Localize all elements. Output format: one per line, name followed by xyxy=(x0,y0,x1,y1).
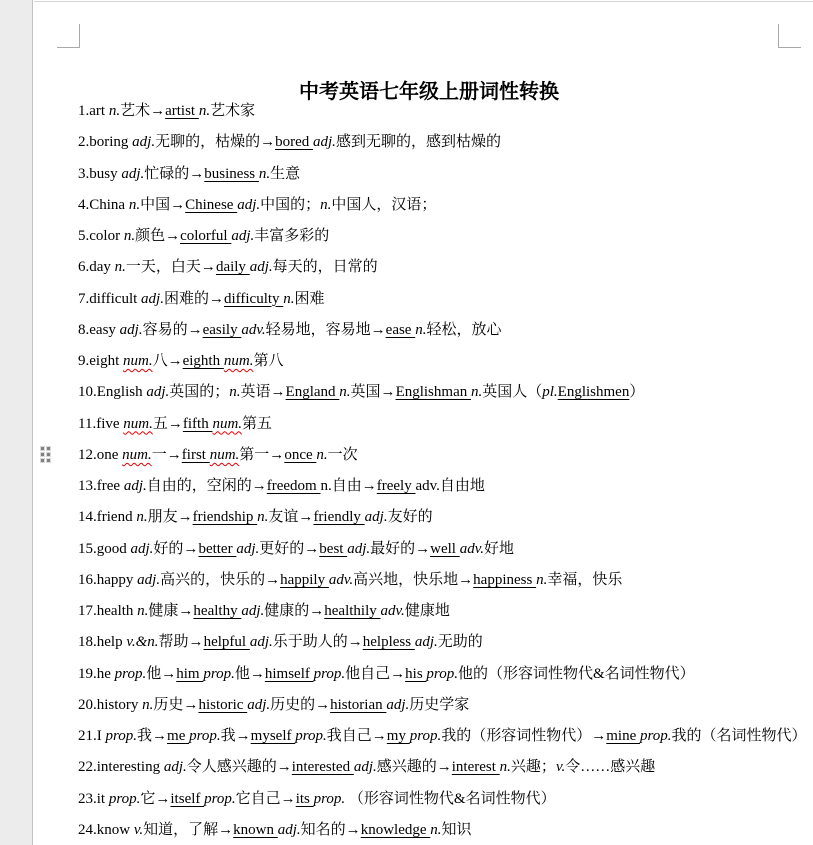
list-item[interactable]: 3.busy adj.忙碌的→business n.生意 xyxy=(78,159,808,190)
text-segment: friendship xyxy=(193,509,258,525)
text-segment: n. xyxy=(415,322,426,338)
list-item[interactable]: 18.help v.&n.帮助→helpful adj.乐于助人的→helple… xyxy=(78,627,808,658)
text-segment: 第一→ xyxy=(239,447,284,463)
text-segment: 困难的→ xyxy=(164,291,224,307)
list-item[interactable]: 16.happy adj.高兴的，快乐的→happily adv.高兴地，快乐地… xyxy=(78,565,808,596)
text-segment: prop. xyxy=(115,666,147,682)
text-segment: n. xyxy=(129,197,140,213)
text-segment: num. xyxy=(224,353,254,369)
text-segment: 4.China xyxy=(78,197,129,213)
text-segment: prop. xyxy=(410,728,442,744)
text-segment: prop. xyxy=(314,791,349,807)
text-segment: n. xyxy=(536,572,547,588)
list-item[interactable]: 11.five num.五→fifth num.第五 xyxy=(78,409,808,440)
text-segment: happily xyxy=(280,572,329,588)
text-segment: helpful xyxy=(204,634,250,650)
text-segment: 知识 xyxy=(442,822,472,838)
text-segment: 无聊的，枯燥的→ xyxy=(155,134,275,150)
list-item[interactable]: 12.one num.一→first num.第一→once n.一次 xyxy=(78,440,808,471)
text-segment: 我→ xyxy=(221,728,251,744)
text-segment: adj. xyxy=(415,634,438,650)
text-segment: 中国→ xyxy=(140,197,185,213)
list-item[interactable]: 5.color n.颜色→colorful adj.丰富多彩的 xyxy=(78,221,808,252)
text-segment: n. xyxy=(137,603,148,619)
text-segment: 好的→ xyxy=(153,541,198,557)
text-segment: 高兴地，快乐地→ xyxy=(353,572,473,588)
text-segment: adj. xyxy=(146,384,169,400)
text-segment: prop. xyxy=(189,728,221,744)
text-segment: 20.history xyxy=(78,697,142,713)
text-segment: happiness xyxy=(473,572,536,588)
text-segment: business xyxy=(204,166,259,182)
text-segment: num. xyxy=(210,447,240,463)
text-segment: 19.he xyxy=(78,666,115,682)
text-segment: 友谊→ xyxy=(268,509,313,525)
grip-dot xyxy=(41,459,44,462)
text-segment: 幸福，快乐 xyxy=(547,572,622,588)
word-list: 1.art n.艺术→artist n.艺术家2.boring adj.无聊的，… xyxy=(78,96,808,845)
text-segment: 23.it xyxy=(78,791,109,807)
text-segment: adj. xyxy=(120,322,143,338)
text-segment: 生意 xyxy=(270,166,300,182)
text-segment: 自由→ xyxy=(332,478,377,494)
text-segment: eighth xyxy=(183,353,224,369)
text-segment: adj. xyxy=(250,259,273,275)
text-segment: historic xyxy=(198,697,247,713)
text-segment: 2.boring xyxy=(78,134,132,150)
text-segment: interested xyxy=(292,759,354,775)
text-segment: 最好的→ xyxy=(370,541,430,557)
text-segment: 感兴趣的→ xyxy=(377,759,452,775)
list-item[interactable]: 10.English adj.英国的；n.英语→England n.英国→Eng… xyxy=(78,377,808,408)
text-segment: num. xyxy=(123,353,153,369)
text-segment: bored xyxy=(275,134,313,150)
text-segment: prop. xyxy=(426,666,458,682)
list-item[interactable]: 4.China n.中国→Chinese adj.中国的；n.中国人，汉语； xyxy=(78,190,808,221)
list-item[interactable]: 7.difficult adj.困难的→difficulty n.困难 xyxy=(78,284,808,315)
text-segment: well xyxy=(430,541,460,557)
text-segment: 我自己→ xyxy=(327,728,387,744)
text-segment: 英语→ xyxy=(241,384,286,400)
text-segment: 第五 xyxy=(242,416,272,432)
list-item[interactable]: 15.good adj.好的→better adj.更好的→best adj.最… xyxy=(78,534,808,565)
text-segment: historian xyxy=(330,697,386,713)
text-segment: interest xyxy=(452,759,500,775)
text-segment: mine xyxy=(606,728,640,744)
text-segment: adj. xyxy=(132,134,155,150)
text-segment: 自由的，空闲的→ xyxy=(147,478,267,494)
paragraph-drag-handle-icon[interactable] xyxy=(41,447,50,462)
text-segment: n. xyxy=(142,697,153,713)
text-segment: 21.I xyxy=(78,728,106,744)
text-segment: best xyxy=(319,541,347,557)
text-segment: n. xyxy=(136,509,147,525)
text-segment: 感到无聊的，感到枯燥的 xyxy=(336,134,501,150)
text-segment: Chinese xyxy=(185,197,237,213)
text-segment: difficulty xyxy=(224,291,283,307)
text-segment: 每天的，日常的 xyxy=(273,259,378,275)
text-segment: 第八 xyxy=(253,353,283,369)
text-segment: adj. xyxy=(354,759,377,775)
text-segment: 英国人（ xyxy=(482,384,542,400)
text-segment: 知道，了解→ xyxy=(143,822,233,838)
text-segment: adv. xyxy=(415,478,439,494)
list-item[interactable]: 24.know v.知道，了解→known adj.知名的→knowledge … xyxy=(78,815,808,845)
text-segment: 我的（名词性物代） xyxy=(672,728,807,744)
text-segment: 12.one xyxy=(78,447,122,463)
text-segment: adj. xyxy=(278,822,301,838)
text-segment: v. xyxy=(134,822,143,838)
text-segment: adj. xyxy=(237,197,260,213)
text-segment: adj. xyxy=(313,134,336,150)
margin-crop-mark-top-right xyxy=(778,24,801,48)
list-item[interactable]: 20.history n.历史→historic adj.历史的→histori… xyxy=(78,690,808,721)
text-segment: himself xyxy=(265,666,314,682)
text-segment: itself xyxy=(170,791,204,807)
text-segment: v.&n. xyxy=(126,634,158,650)
text-segment: n. xyxy=(320,478,331,494)
grip-dot xyxy=(47,447,50,450)
text-segment: 容易的→ xyxy=(143,322,203,338)
text-segment: adj. xyxy=(131,541,154,557)
list-item[interactable]: 8.easy adj.容易的→easily adv.轻易地，容易地→ease n… xyxy=(78,315,808,346)
text-segment: n. xyxy=(199,103,210,119)
text-segment: n. xyxy=(257,509,268,525)
text-segment: England xyxy=(286,384,340,400)
text-segment: 令……感兴趣 xyxy=(565,759,655,775)
text-segment: 中国的； xyxy=(260,197,320,213)
text-segment: num. xyxy=(212,416,242,432)
text-segment: n. xyxy=(471,384,482,400)
text-segment: adv. xyxy=(329,572,353,588)
text-segment: 帮助→ xyxy=(159,634,204,650)
list-item[interactable]: 14.friend n.朋友→friendship n.友谊→friendly … xyxy=(78,502,808,533)
text-segment: pl. xyxy=(542,384,557,400)
text-segment: 17.health xyxy=(78,603,137,619)
text-segment: adv. xyxy=(460,541,484,557)
text-segment: n. xyxy=(430,822,441,838)
text-segment: n. xyxy=(229,384,240,400)
text-segment: healthily xyxy=(324,603,380,619)
text-segment: easily xyxy=(203,322,242,338)
list-item[interactable]: 2.boring adj.无聊的，枯燥的→bored adj.感到无聊的，感到枯… xyxy=(78,127,808,158)
text-segment: n. xyxy=(115,259,126,275)
text-segment: n. xyxy=(339,384,350,400)
text-segment: adj. xyxy=(250,634,273,650)
text-segment: myself xyxy=(251,728,296,744)
text-segment: 无助的 xyxy=(438,634,483,650)
text-segment: n. xyxy=(109,103,120,119)
text-segment: 五→ xyxy=(153,416,183,432)
text-segment: 5.color xyxy=(78,228,124,244)
text-segment: prop. xyxy=(640,728,672,744)
text-segment: adj. xyxy=(365,509,388,525)
list-item[interactable]: 19.he prop.他→him prop.他→himself prop.他自己… xyxy=(78,659,808,690)
text-segment: daily xyxy=(216,259,250,275)
text-segment: 10.English xyxy=(78,384,146,400)
list-item[interactable]: 23.it prop.它→itself prop.它自己→its prop. （… xyxy=(78,784,808,815)
text-segment: adj. xyxy=(247,697,270,713)
text-segment: 一→ xyxy=(152,447,182,463)
text-segment: adv. xyxy=(241,322,265,338)
text-segment: adv. xyxy=(381,603,405,619)
text-segment: 它→ xyxy=(140,791,170,807)
text-segment: 3.busy xyxy=(78,166,121,182)
text-segment: colorful xyxy=(180,228,231,244)
text-segment: （形容词性物代&名词性物代） xyxy=(349,791,556,807)
text-segment: 困难 xyxy=(295,291,325,307)
grip-dot xyxy=(47,459,50,462)
text-segment: fifth xyxy=(183,416,213,432)
text-segment: n. xyxy=(283,291,294,307)
text-segment: adj. xyxy=(347,541,370,557)
text-segment: helpless xyxy=(363,634,415,650)
text-segment: Englishman xyxy=(396,384,471,400)
text-segment: 它自己→ xyxy=(236,791,296,807)
text-segment: my xyxy=(387,728,410,744)
text-segment: 更好的→ xyxy=(259,541,319,557)
text-segment: adj. xyxy=(236,541,259,557)
text-segment: 中国人，汉语； xyxy=(331,197,436,213)
text-segment: 令人感兴趣的→ xyxy=(187,759,292,775)
text-segment: 英国的； xyxy=(169,384,229,400)
text-segment: num. xyxy=(122,447,152,463)
text-segment: 他的（形容词性物代&名词性物代） xyxy=(458,666,695,682)
text-segment: n. xyxy=(124,228,135,244)
text-segment: knowledge xyxy=(361,822,431,838)
text-segment: 兴趣； xyxy=(511,759,556,775)
text-segment: 13.free xyxy=(78,478,124,494)
text-segment: 健康地 xyxy=(405,603,450,619)
text-segment: 友好的 xyxy=(388,509,433,525)
text-segment: 历史学家 xyxy=(409,697,469,713)
list-item[interactable]: 17.health n.健康→healthy adj.健康的→healthily… xyxy=(78,596,808,627)
text-segment: friendly xyxy=(313,509,364,525)
text-segment: 24.know xyxy=(78,822,134,838)
text-segment: 18.help xyxy=(78,634,126,650)
text-segment: adj. xyxy=(137,572,160,588)
text-segment: 7.difficult xyxy=(78,291,141,307)
text-segment: his xyxy=(405,666,426,682)
text-segment: 朋友→ xyxy=(148,509,193,525)
list-item[interactable]: 22.interesting adj.令人感兴趣的→interested adj… xyxy=(78,752,808,783)
text-segment: 一次 xyxy=(328,447,358,463)
text-segment: num. xyxy=(123,416,153,432)
grip-dot xyxy=(41,447,44,450)
text-segment: 八→ xyxy=(153,353,183,369)
text-segment: 轻松，放心 xyxy=(426,322,501,338)
text-segment: 11.five xyxy=(78,416,123,432)
text-segment: 轻易地，容易地→ xyxy=(266,322,386,338)
text-segment: first xyxy=(182,447,210,463)
list-item[interactable]: 21.I prop.我→me prop.我→myself prop.我自己→my… xyxy=(78,721,808,752)
text-segment: 历史→ xyxy=(153,697,198,713)
text-segment: adj. xyxy=(124,478,147,494)
text-segment: me xyxy=(167,728,189,744)
list-item[interactable]: 6.day n.一天，白天→daily adj.每天的，日常的 xyxy=(78,252,808,283)
text-segment: known xyxy=(233,822,278,838)
text-segment: 一天，白天→ xyxy=(126,259,216,275)
text-segment: prop. xyxy=(109,791,141,807)
text-segment: 英国→ xyxy=(351,384,396,400)
text-segment: 自由地 xyxy=(440,478,485,494)
text-segment: n. xyxy=(259,166,270,182)
text-segment: prop. xyxy=(204,791,236,807)
text-segment: 我的（形容词性物代）→ xyxy=(441,728,606,744)
text-segment: 9.eight xyxy=(78,353,123,369)
margin-crop-mark-top-left xyxy=(57,24,80,48)
text-segment: adj. xyxy=(231,228,254,244)
text-segment: 丰富多彩的 xyxy=(254,228,329,244)
text-segment: 他→ xyxy=(146,666,176,682)
text-segment: 16.happy xyxy=(78,572,137,588)
text-segment: 忙碌的→ xyxy=(144,166,204,182)
text-segment: adj. xyxy=(386,697,409,713)
text-segment: 高兴的，快乐的→ xyxy=(160,572,280,588)
text-segment: 健康→ xyxy=(148,603,193,619)
text-segment: him xyxy=(176,666,203,682)
page-top-edge xyxy=(34,1,813,2)
text-segment: 14.friend xyxy=(78,509,136,525)
grip-dot xyxy=(47,453,50,456)
text-segment: 好地 xyxy=(484,541,514,557)
text-segment: ） xyxy=(629,384,644,400)
text-segment: 历史的→ xyxy=(270,697,330,713)
app-background-strip xyxy=(0,0,33,845)
text-segment: 艺术→ xyxy=(120,103,165,119)
text-segment: 知名的→ xyxy=(301,822,361,838)
grip-dot xyxy=(41,453,44,456)
text-segment: n. xyxy=(320,197,331,213)
text-segment: 乐于助人的→ xyxy=(273,634,363,650)
text-segment: healthy xyxy=(193,603,241,619)
text-segment: 健康的→ xyxy=(264,603,324,619)
text-segment: 他→ xyxy=(235,666,265,682)
text-segment: adj. xyxy=(141,291,164,307)
text-segment: freely xyxy=(377,478,416,494)
list-item[interactable]: 9.eight num.八→eighth num.第八 xyxy=(78,346,808,377)
text-segment: 6.day xyxy=(78,259,115,275)
text-segment: prop. xyxy=(295,728,327,744)
text-segment: better xyxy=(198,541,236,557)
text-segment: 22.interesting xyxy=(78,759,164,775)
text-segment: 艺术家 xyxy=(210,103,255,119)
text-segment: its xyxy=(296,791,314,807)
text-segment: Englishmen xyxy=(558,384,630,400)
text-segment: n. xyxy=(500,759,511,775)
text-segment: prop. xyxy=(314,666,346,682)
text-segment: prop. xyxy=(203,666,235,682)
text-segment: adj. xyxy=(241,603,264,619)
text-segment: 8.easy xyxy=(78,322,120,338)
text-segment: 1.art xyxy=(78,103,109,119)
text-segment: freedom xyxy=(267,478,321,494)
text-segment: ease xyxy=(386,322,416,338)
text-segment: v. xyxy=(556,759,565,775)
text-segment: 15.good xyxy=(78,541,131,557)
text-segment: artist xyxy=(165,103,199,119)
text-segment: prop. xyxy=(106,728,138,744)
list-item[interactable]: 1.art n.艺术→artist n.艺术家 xyxy=(78,96,808,127)
text-segment: once xyxy=(284,447,316,463)
text-segment: adj. xyxy=(164,759,187,775)
text-segment: adj. xyxy=(121,166,144,182)
text-segment: 他自己→ xyxy=(345,666,405,682)
text-segment: 颜色→ xyxy=(135,228,180,244)
text-segment: 我→ xyxy=(137,728,167,744)
text-segment: n. xyxy=(316,447,327,463)
list-item[interactable]: 13.free adj.自由的，空闲的→freedom n.自由→freely … xyxy=(78,471,808,502)
